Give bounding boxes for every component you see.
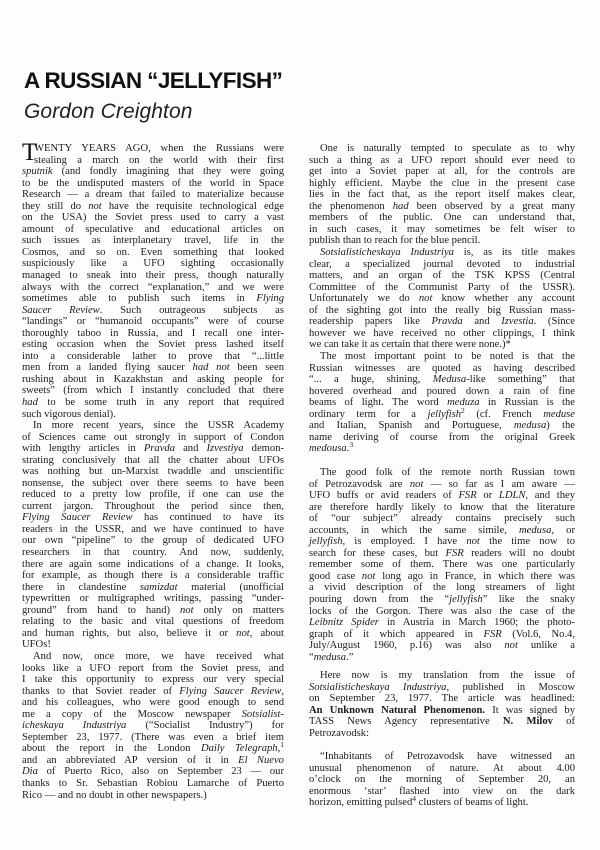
- text-line: thoroughly taboo in Russia, and I recall…: [22, 328, 284, 340]
- text-line: of “our subject” already contains precis…: [309, 513, 575, 525]
- text-line: of Sciences came out strongly in support…: [22, 432, 284, 444]
- text-line: enormous ‘star’ flashed into view on the…: [309, 786, 575, 798]
- paragraph-speculate: One is naturally tempted to speculate as…: [309, 143, 575, 247]
- text-line: esting occasion when the Soviet press la…: [22, 339, 284, 351]
- text-line: of the sighting got into the really big …: [309, 305, 575, 317]
- text-line: Rico — and no doubt in other newspapers.…: [22, 790, 284, 802]
- text-line: lies in the fact that, as the report its…: [309, 189, 575, 201]
- text-line: looks like a UFO report from the Soviet …: [22, 663, 284, 675]
- text-line: good case not long ago in France, in whi…: [309, 571, 575, 583]
- drop-cap: T: [22, 140, 37, 165]
- text-line: in such cases, it may sometimes be felt …: [309, 224, 575, 236]
- text-line: Research — a dream that failed to materi…: [22, 189, 284, 201]
- text-line: search for these cases, but FSR readers …: [309, 548, 575, 560]
- text-line: readership papers like Pravda and Izvest…: [309, 316, 575, 328]
- text-line: readers in the USSR, and we have continu…: [22, 524, 284, 536]
- text-line: me a copy of the Moscow newspaper Sotsia…: [22, 709, 284, 721]
- text-line: and his colleagues, who were good enough…: [22, 697, 284, 709]
- text-line: typewritten or multigraphed writings, pa…: [22, 593, 284, 605]
- text-line: they still do not have the requisite tec…: [22, 201, 284, 213]
- text-line: Saucer Review. Such outrageous subjects …: [22, 305, 284, 317]
- text-line: “landings” or “humanoid occupants” were …: [22, 316, 284, 328]
- text-line: “medusa.”: [309, 652, 575, 664]
- text-line: “... a huge, shining, Medusa-like someth…: [309, 374, 575, 386]
- text-line: get into a Soviet paper at all, for the …: [309, 166, 575, 178]
- text-line: In more recent years, since the USSR Aca…: [22, 420, 284, 432]
- text-line: Flying Saucer Review has continued to ha…: [22, 512, 284, 524]
- text-line: thanks to that Soviet reader of Flying S…: [22, 686, 284, 698]
- text-line: there are again some indications of a ch…: [22, 559, 284, 571]
- article-title: A RUSSIAN “JELLYFISH”: [24, 68, 282, 94]
- text-line: Petrozavodsk:: [309, 728, 575, 740]
- text-line: to be the undisputed masters of the worl…: [22, 178, 284, 190]
- text-line: thanks to Sr. Sebastian Robiou Lamarche …: [22, 778, 284, 790]
- text-line: sometimes able to publish such items in …: [22, 293, 284, 305]
- text-line: UFO buffs or avid readers of FSR or LDLN…: [309, 490, 575, 502]
- text-line: Committee of the Communist Party of the …: [309, 282, 575, 294]
- text-line: into a considerable lather to prove that…: [22, 351, 284, 363]
- text-line: UFOs!: [22, 639, 284, 651]
- text-line: An Unknown Natural Phenomenon. It was si…: [309, 705, 575, 717]
- text-line: The most important point to be noted is …: [309, 351, 575, 363]
- text-line: such issues as interplanetary travel, li…: [22, 235, 284, 247]
- text-line: was nothing but un-Marxist twaddle and u…: [22, 466, 284, 478]
- text-line: medousa.3: [309, 443, 575, 455]
- text-line: Dia of Puerto Rico, also on September 23…: [22, 766, 284, 778]
- text-line: The good folk of the remote north Russia…: [309, 467, 575, 479]
- text-line: stealing a march on the world with their…: [22, 155, 284, 167]
- text-line: clear, a specialized journal devoted to …: [309, 259, 575, 271]
- text-line: matters, and an organ of the TSK KPSS (C…: [309, 270, 575, 282]
- paragraph-intro: T WENTY YEARS AGO, when the Russians wer…: [22, 143, 284, 420]
- text-line: managed to sneak into their press, thoug…: [22, 270, 284, 282]
- text-line: amount of speculative and educational ar…: [22, 224, 284, 236]
- text-line: beams of light. The word meduza in Russi…: [309, 397, 575, 409]
- text-line: sputnik (and fondly imagining that they …: [22, 166, 284, 178]
- text-line: September 23, 1977. (There was even a br…: [22, 732, 284, 744]
- text-line: rushing about in Kazakhstan and asking p…: [22, 374, 284, 386]
- text-line: I take this opportunity to express our v…: [22, 674, 284, 686]
- text-line: are therefore hardly likely to know that…: [309, 502, 575, 514]
- paragraph-good-folk: The good folk of the remote north Russia…: [309, 467, 575, 663]
- text-line: Russian witnesses are quoted as having d…: [309, 363, 575, 375]
- text-line: on the USA) the Soviet press used to car…: [22, 212, 284, 224]
- text-line: relating to the basic and vital question…: [22, 616, 284, 628]
- text-line: however we have received no other clippi…: [309, 328, 575, 340]
- text-line: horizon, emitting pulsed4 clusters of be…: [309, 797, 575, 809]
- text-line: Unfortunately we do not know whether any…: [309, 293, 575, 305]
- text-line: Here now is my translation from the issu…: [309, 670, 575, 682]
- text-line: members of the public. One can understan…: [309, 212, 575, 224]
- text-line: icheskaya Industriya (“Socialist Industr…: [22, 720, 284, 732]
- text-line: TASS News Agency representative N. Milov…: [309, 716, 575, 728]
- text-line: hovered overhead and poured down a rain …: [309, 386, 575, 398]
- text-line: accounts, in which the same simile, medu…: [309, 525, 575, 537]
- text-line: with lengthy articles in Pravda and Izve…: [22, 443, 284, 455]
- paragraph-quoted-report: “Inhabitants of Petrozavodsk have witnes…: [309, 751, 575, 809]
- paragraph-recent-years: In more recent years, since the USSR Aca…: [22, 420, 284, 651]
- text-line: our own “pipeline” to the group of dedic…: [22, 535, 284, 547]
- text-line: we can take it as certain that there wer…: [309, 339, 575, 351]
- text-line: publish than to reach for the blue penci…: [309, 235, 575, 247]
- text-line: Cosmos, and so on. Even something that l…: [22, 247, 284, 259]
- text-line: reduced to a pretty low profile, if one …: [22, 489, 284, 501]
- text-line: July/August 1960, p.16) was also not unl…: [309, 640, 575, 652]
- text-line: “Inhabitants of Petrozavodsk have witnes…: [309, 751, 575, 763]
- text-line: And now, once more, we have received wha…: [22, 651, 284, 663]
- text-line: ordinary term for a jellyfish2 (cf. Fren…: [309, 409, 575, 421]
- text-line: suspiciously like a UFO sighting occasio…: [22, 258, 284, 270]
- text-line: such a thing as a UFO report should ever…: [309, 155, 575, 167]
- text-line: nonsense, the subject over there seems t…: [22, 478, 284, 490]
- text-line: graph of it which appeared in FSR (Vol.6…: [309, 629, 575, 641]
- text-line: locks of the Gorgon. There was also the …: [309, 606, 575, 618]
- text-line: men from a landed flying saucer had not …: [22, 362, 284, 374]
- paragraph-translation-intro: Here now is my translation from the issu…: [309, 670, 575, 739]
- text-line: highly efficient. Maybe the clue in the …: [309, 178, 575, 190]
- text-line: had to be some truth in any report that …: [22, 397, 284, 409]
- text-line: remember some of them. There was one par…: [309, 559, 575, 571]
- text-line: sweets” (from which I instantly conclude…: [22, 385, 284, 397]
- text-line: Sotsialisticheskaya Industriya is, as it…: [309, 247, 575, 259]
- text-line: and Italian, Spanish and Portuguese, med…: [309, 420, 575, 432]
- text-line: the phenomenon had been observed by a gr…: [309, 201, 575, 213]
- text-line: unusual phenomenon of nature. At about 4…: [309, 763, 575, 775]
- text-line: on September 23, 1977. The article was h…: [309, 693, 575, 705]
- text-line: strating conclusively that all the chatt…: [22, 455, 284, 467]
- text-line: o’clock on the morning of September 20, …: [309, 774, 575, 786]
- text-line: Sotsialisticheskaya Industriya, publishe…: [309, 682, 575, 694]
- paragraph-once-more: And now, once more, we have received wha…: [22, 651, 284, 801]
- text-line: such vigorous denial).: [22, 409, 284, 421]
- text-line: a vivid description of the long streamer…: [309, 582, 575, 594]
- text-line: jellyfish, is employed. I have not the t…: [309, 536, 575, 548]
- text-line: One is naturally tempted to speculate as…: [309, 143, 575, 155]
- author-byline: Gordon Creighton: [24, 100, 193, 124]
- text-line: for example, as though there is a consid…: [22, 570, 284, 582]
- paragraph-witnesses: The most important point to be noted is …: [309, 351, 575, 455]
- paragraph-journal: Sotsialisticheskaya Industriya is, as it…: [309, 247, 575, 351]
- magazine-page: A RUSSIAN “JELLYFISH” Gordon Creighton T…: [0, 0, 600, 850]
- text-line: pouring down from the “jellyfish” like t…: [309, 594, 575, 606]
- text-line: there in clandestine samizdat material (…: [22, 582, 284, 594]
- text-line: about the report in the London Daily Tel…: [22, 743, 284, 755]
- text-line: current jargon. Throughout the period si…: [22, 501, 284, 513]
- text-line: of Petrozavodsk are not — so far as I am…: [309, 479, 575, 491]
- text-line: Leibnitz Spider in Austria in March 1960…: [309, 617, 575, 629]
- text-line: WENTY YEARS AGO, when the Russians were: [22, 143, 284, 155]
- text-line: and an abbreviated AP version of it in E…: [22, 755, 284, 767]
- text-line: researchers in that country. And now, su…: [22, 547, 284, 559]
- text-line: always with the correct “explanation,” a…: [22, 282, 284, 294]
- text-line: and human rights, but also, believe it o…: [22, 628, 284, 640]
- text-line: ground” from hand to hand) not only on m…: [22, 605, 284, 617]
